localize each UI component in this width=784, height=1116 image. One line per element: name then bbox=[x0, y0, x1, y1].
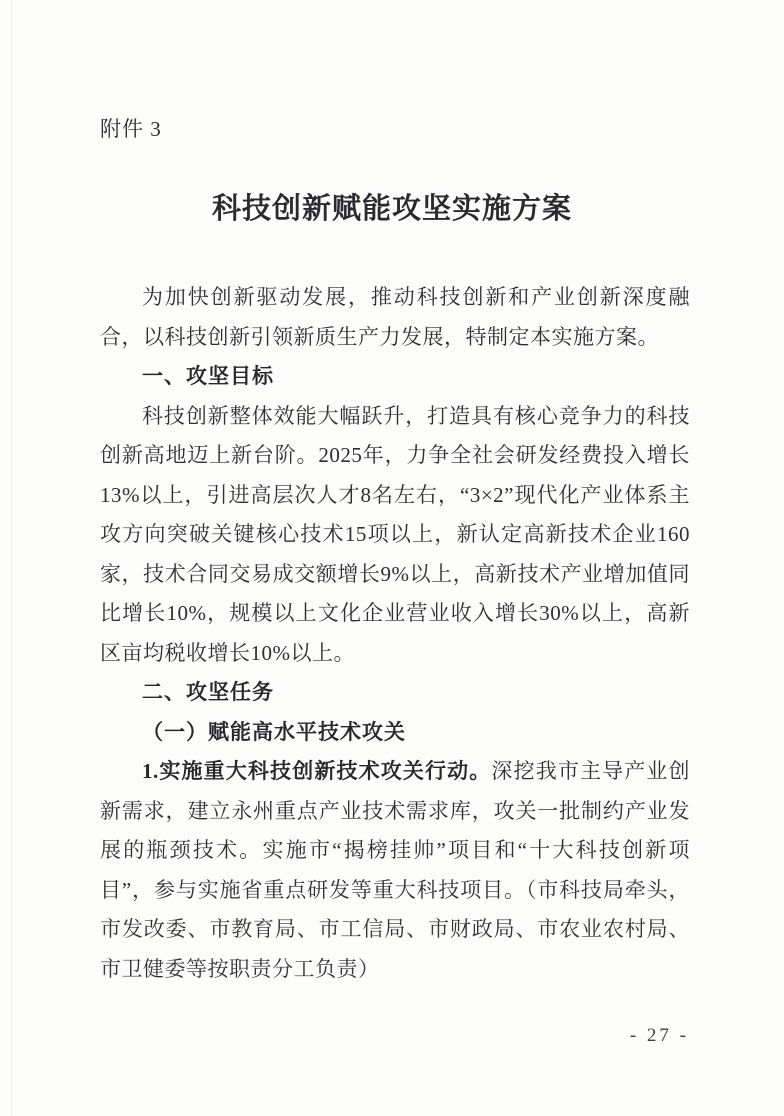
document-title: 科技创新赋能攻坚实施方案 bbox=[0, 190, 784, 228]
paragraph-goals: 科技创新整体效能大幅跃升，打造具有核心竞争力的科技创新高地迈上新台阶。2025年… bbox=[100, 397, 690, 674]
attachment-label: 附件 3 bbox=[100, 117, 162, 141]
document-page: 附件 3 科技创新赋能攻坚实施方案 为加快创新驱动发展，推动科技创新和产业创新深… bbox=[0, 0, 784, 1116]
paragraph-action-item-1: 1.实施重大科技创新技术攻关行动。深挖我市主导产业创新需求，建立永州重点产业技术… bbox=[100, 752, 690, 989]
section-heading-goals: 一、攻坚目标 bbox=[100, 357, 690, 397]
action-item-lead: 1.实施重大科技创新技术攻关行动。 bbox=[142, 759, 491, 783]
document-body: 为加快创新驱动发展，推动科技创新和产业创新深度融合，以科技创新引领新质生产力发展… bbox=[100, 278, 690, 989]
subsection-heading-tech-breakthrough: （一）赋能高水平技术攻关 bbox=[100, 713, 690, 753]
section-heading-tasks: 二、攻坚任务 bbox=[100, 673, 690, 713]
scan-edge-artifact bbox=[11, 0, 12, 1116]
paragraph-intro: 为加快创新驱动发展，推动科技创新和产业创新深度融合，以科技创新引领新质生产力发展… bbox=[100, 278, 690, 357]
page-number: - 27 - bbox=[630, 1024, 689, 1048]
